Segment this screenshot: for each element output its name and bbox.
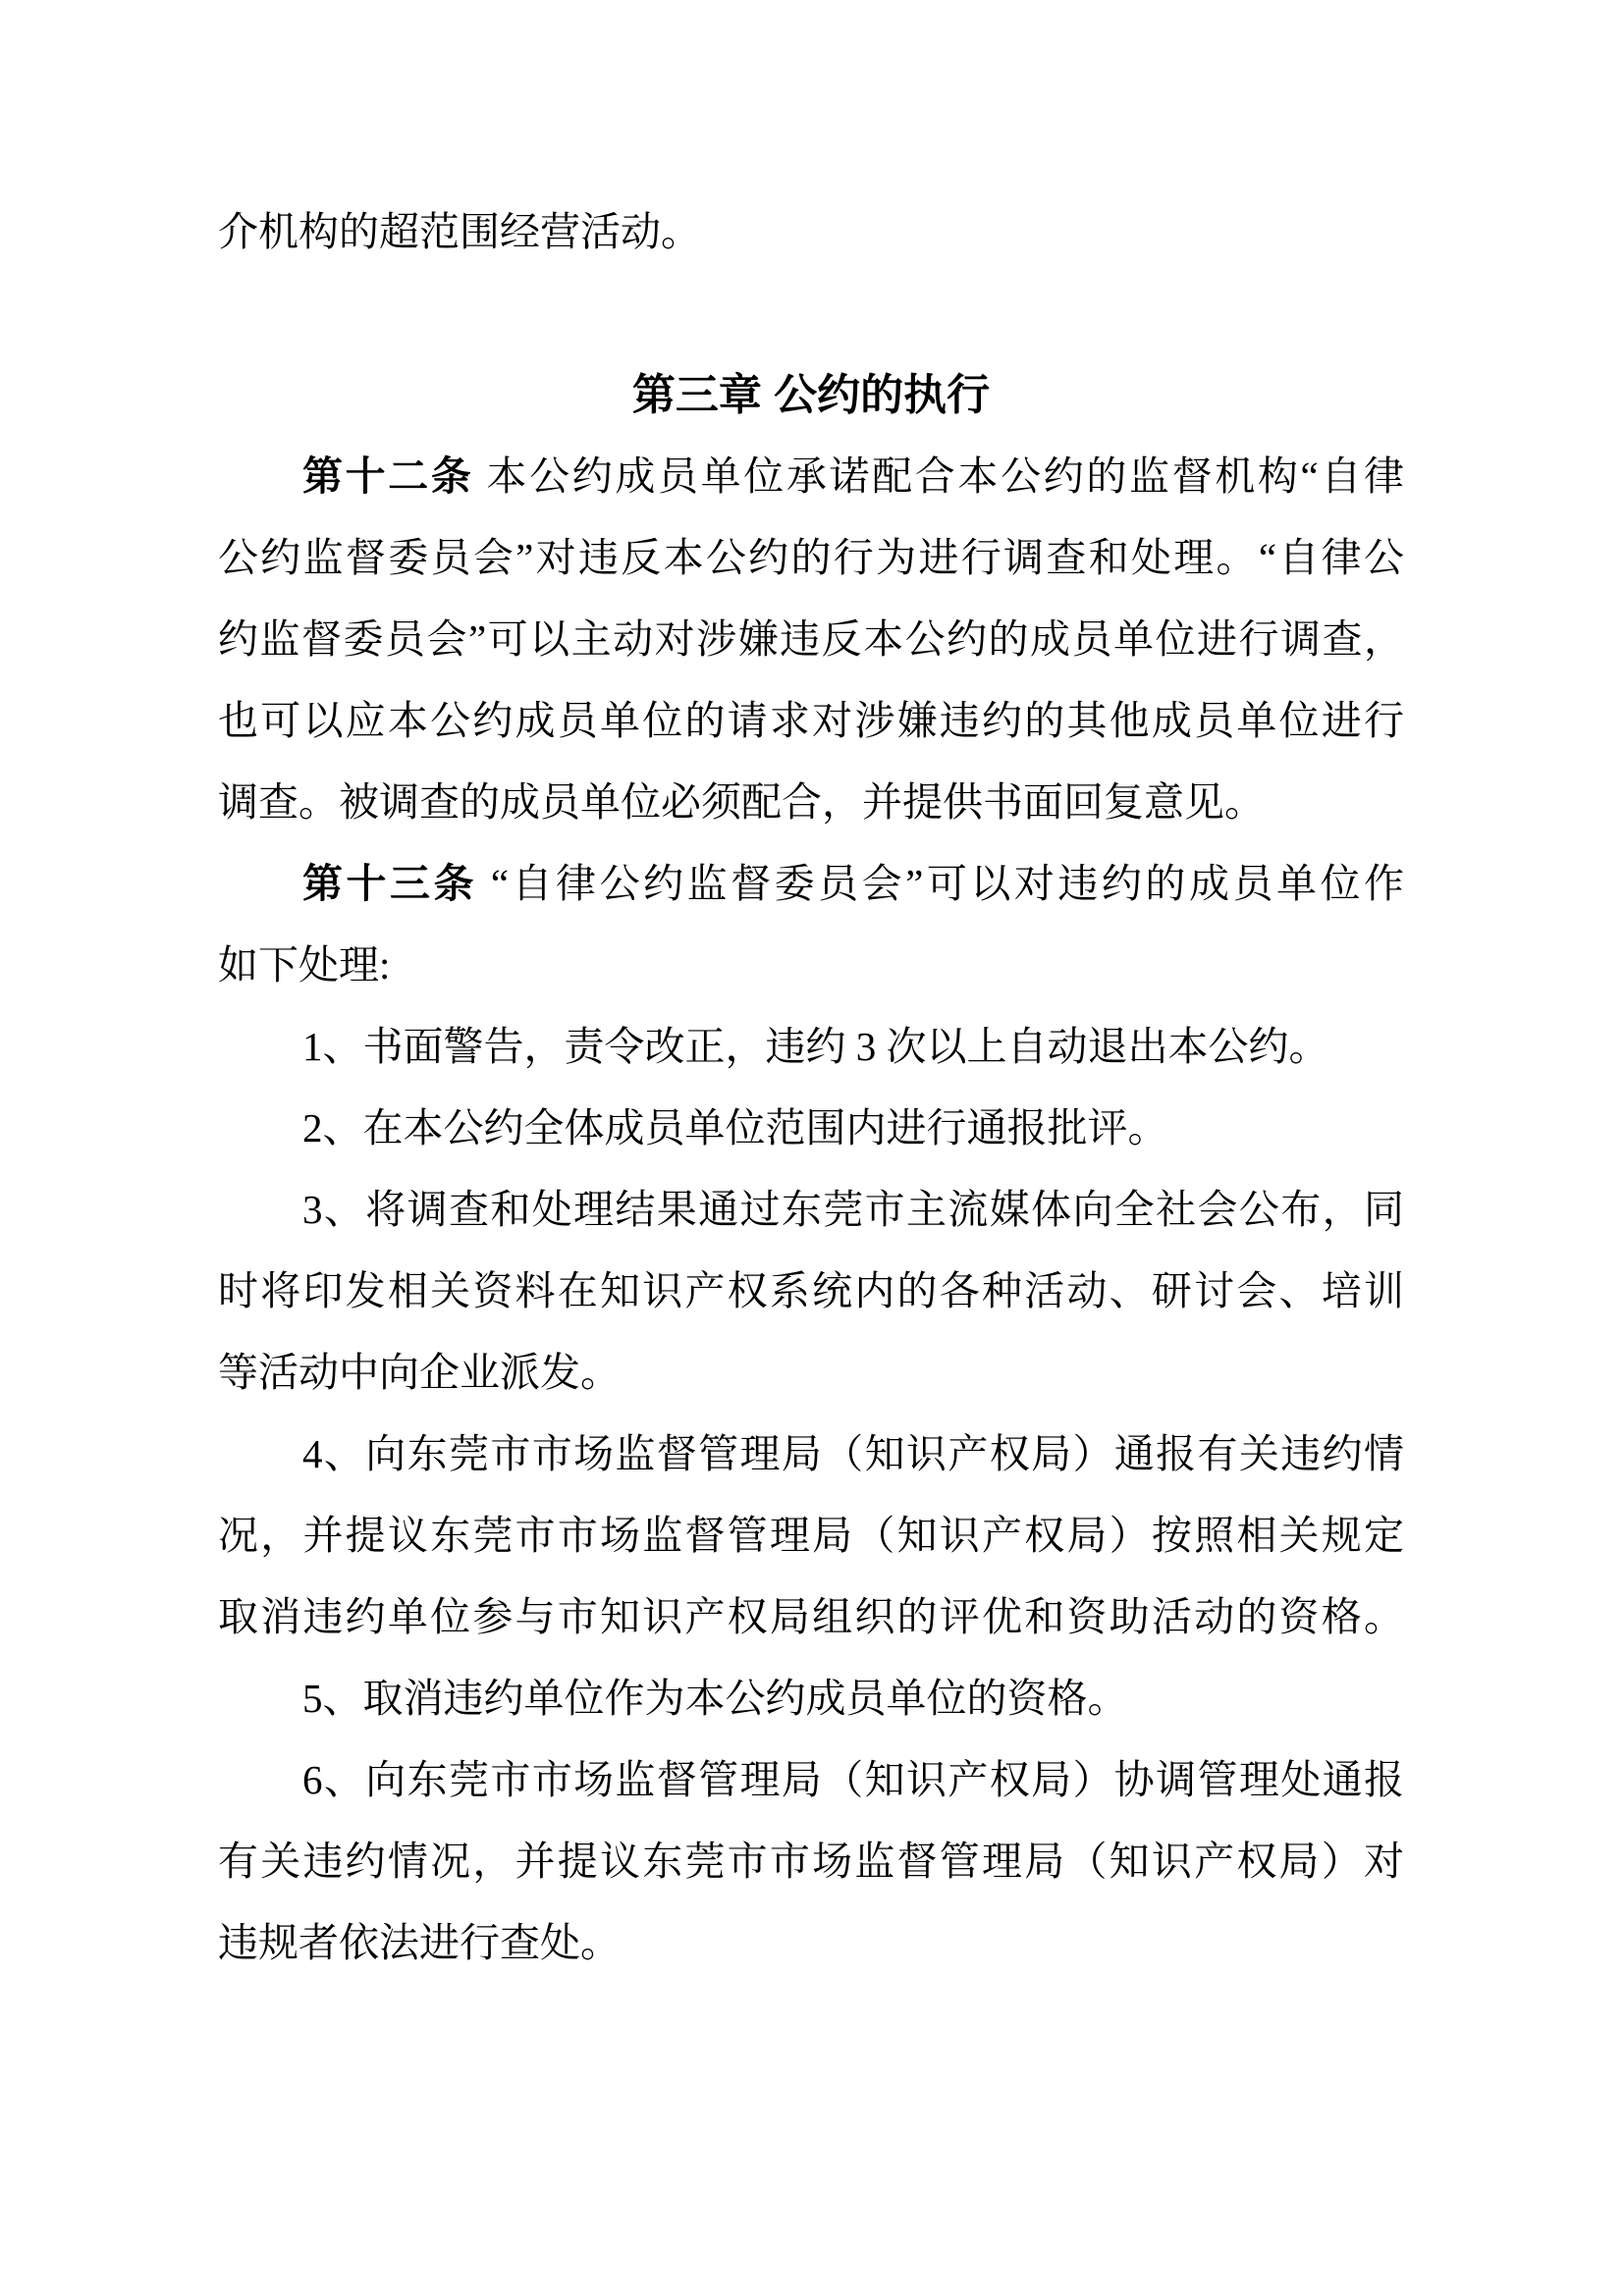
article-12-line-4: 也可以应本公约成员单位的请求对涉嫌违约的其他成员单位进行 (218, 680, 1404, 762)
document-page: 介机构的超范围经营活动。 第三章 公约的执行 第十二条 本公约成员单位承诺配合本… (0, 0, 1624, 2296)
para-overflow-line: 介机构的超范围经营活动。 (218, 191, 1404, 273)
article-13-term: 第十三条 (302, 861, 477, 906)
item-6-line-2: 有关违约情况，并提议东莞市市场监督管理局（知识产权局）对 (218, 1821, 1404, 1902)
article-12-line-2: 公约监督委员会”对违反本公约的行为进行调查和处理。“自律公 (218, 517, 1404, 599)
item-5-line: 5、取消违约单位作为本公约成员单位的资格。 (218, 1658, 1404, 1739)
article-12-line-1-text: 本公约成员单位承诺配合本公约的监督机构“自律 (474, 454, 1404, 499)
item-6-line-1: 6、向东莞市市场监督管理局（知识产权局）协调管理处通报 (218, 1739, 1404, 1821)
item-4-line-1: 4、向东莞市市场监督管理局（知识产权局）通报有关违约情 (218, 1414, 1404, 1495)
item-3-line-2: 时将印发相关资料在知识产权系统内的各种活动、研讨会、培训 (218, 1251, 1404, 1332)
document-content: 介机构的超范围经营活动。 第三章 公约的执行 第十二条 本公约成员单位承诺配合本… (218, 191, 1404, 1984)
article-12-line-1: 第十二条 本公约成员单位承诺配合本公约的监督机构“自律 (218, 436, 1404, 517)
item-3-line-1: 3、将调查和处理结果通过东莞市主流媒体向全社会公布，同 (218, 1169, 1404, 1251)
article-13-line-1-text: “自律公约监督委员会”可以对违约的成员单位作 (477, 861, 1404, 906)
article-12-line-3: 约监督委员会”可以主动对涉嫌违反本公约的成员单位进行调查， (218, 599, 1404, 680)
item-2-line: 2、在本公约全体成员单位范围内进行通报批评。 (218, 1088, 1404, 1169)
blank-line (218, 273, 1404, 354)
item-6-line-3: 违规者依法进行查处。 (218, 1902, 1404, 1984)
item-1-line: 1、书面警告，责令改正，违约 3 次以上自动退出本公约。 (218, 1006, 1404, 1088)
article-12-line-5: 调查。被调查的成员单位必须配合，并提供书面回复意见。 (218, 762, 1404, 843)
item-3-line-3: 等活动中向企业派发。 (218, 1332, 1404, 1414)
item-4-line-2: 况，并提议东莞市市场监督管理局（知识产权局）按照相关规定 (218, 1495, 1404, 1576)
chapter-heading: 第三章 公约的执行 (218, 354, 1404, 436)
article-13-line-1: 第十三条 “自律公约监督委员会”可以对违约的成员单位作 (218, 843, 1404, 925)
item-4-line-3: 取消违约单位参与市知识产权局组织的评优和资助活动的资格。 (218, 1576, 1404, 1658)
article-13-line-2: 如下处理: (218, 925, 1404, 1006)
article-12-term: 第十二条 (302, 454, 474, 499)
